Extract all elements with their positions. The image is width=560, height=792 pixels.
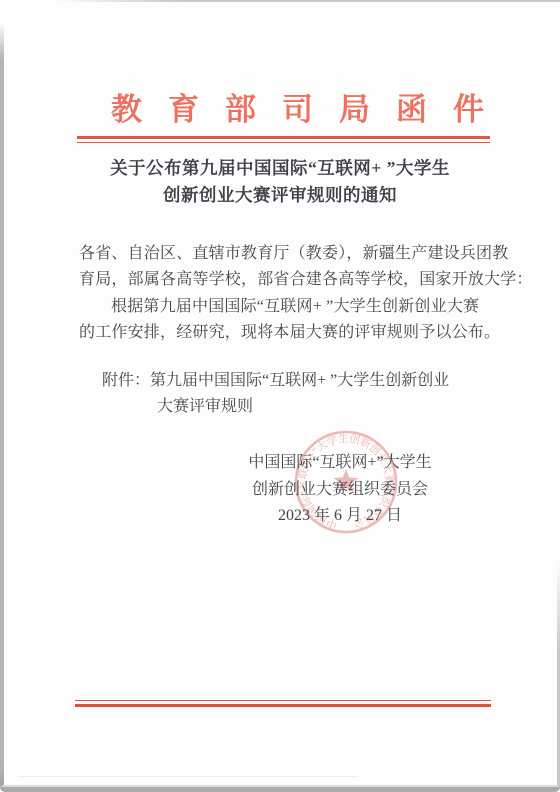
body-line: 育局，部属各高等学校，部省合建各高等学校，国家开放大学： (79, 267, 513, 293)
signature-block: 中国国际“互联网+”大学生 创新创业大赛组织委员会 2023 年 6 月 27 … (220, 450, 460, 530)
letterhead-title: 教育部司局函件 (111, 90, 510, 130)
body-text: 各省、自治区、直辖市教育厅（教委），新疆生产建设兵团教 育局，部属各高等学校，部… (79, 241, 513, 346)
signature-date: 2023 年 6 月 27 日 (220, 503, 460, 530)
attachment-row1: 附件：第九届中国国际“互联网+ ”大学生创新创业 (102, 368, 449, 394)
attachment-text-line1: 第九届中国国际“互联网+ ”大学生创新创业 (150, 372, 449, 389)
body-line: 各省、自治区、直辖市教育厅（教委），新疆生产建设兵团教 (79, 241, 513, 267)
scanned-document-page: 教育部司局函件 关于公布第九届中国国际“互联网+ ”大学生 创新创业大赛评审规则… (0, 0, 560, 792)
scan-edge-bottom (0, 787, 560, 792)
paper-crease-line (18, 776, 358, 777)
document-title: 关于公布第九届中国国际“互联网+ ”大学生 创新创业大赛评审规则的通知 (0, 155, 560, 209)
footer-double-rule (75, 700, 491, 707)
scan-edge-left (0, 22, 4, 789)
document-title-line1: 关于公布第九届中国国际“互联网+ ”大学生 (0, 155, 560, 182)
letterhead-double-rule (77, 136, 490, 143)
attachment-text-line2: 大赛评审规则 (102, 394, 449, 420)
attachment-block: 附件：第九届中国国际“互联网+ ”大学生创新创业 大赛评审规则 (102, 368, 449, 420)
body-line: 的工作安排，经研究，现将本届大赛的评审规则予以公布。 (79, 320, 513, 346)
document-title-line2: 创新创业大赛评审规则的通知 (0, 182, 560, 209)
signature-org-line2: 创新创业大赛组织委员会 (220, 477, 460, 504)
body-line: 根据第九届中国国际“互联网+ ”大学生创新创业大赛 (79, 294, 513, 320)
signature-org-line1: 中国国际“互联网+”大学生 (220, 450, 460, 477)
attachment-label: 附件： (102, 372, 150, 389)
scan-edge-top (55, 0, 560, 2)
